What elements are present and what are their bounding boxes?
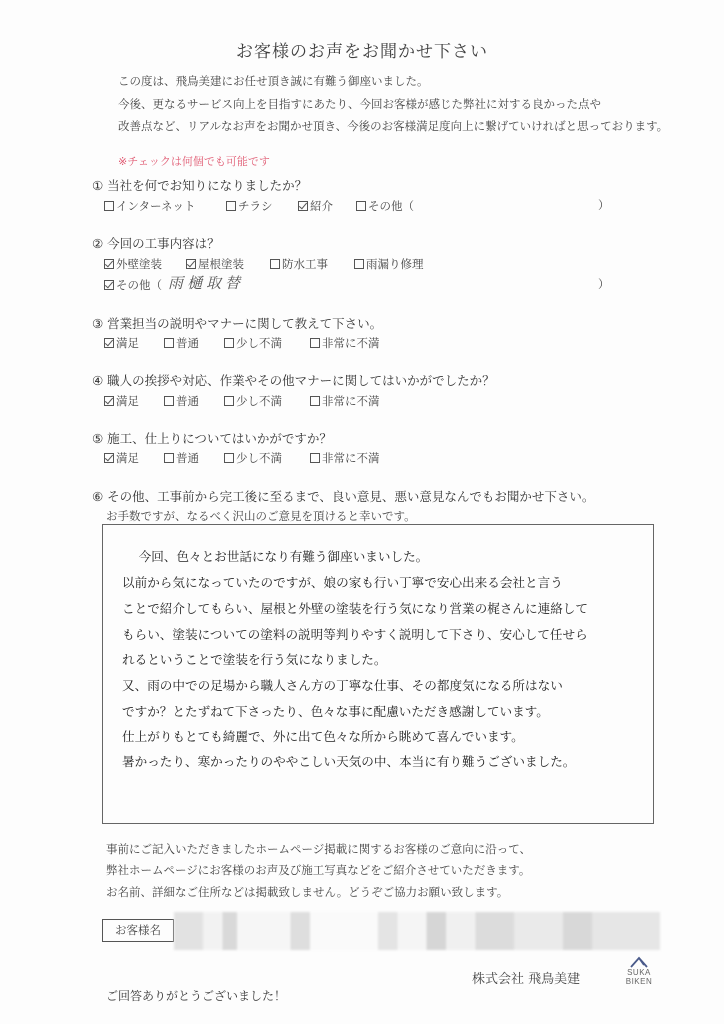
logo-line-2: BIKEN	[617, 977, 661, 986]
option-label: その他（	[368, 198, 414, 214]
check-note: ※チェックは何個でも可能です	[118, 153, 270, 169]
checkbox-icon[interactable]	[354, 259, 364, 269]
option-flyer[interactable]: チラシ	[226, 198, 298, 214]
option-exterior-wall[interactable]: 外壁塗装	[104, 256, 186, 272]
option-label: 紹介	[310, 198, 333, 214]
option-waterproof[interactable]: 防水工事	[270, 256, 354, 272]
comment-line: 仕上がりもとても綺麗で、外に出て色々な所から眺めて喜んでいます。	[122, 726, 524, 745]
checkbox-icon[interactable]	[270, 259, 280, 269]
checkbox-icon[interactable]	[310, 453, 320, 463]
roof-a-icon	[629, 956, 649, 968]
checkbox-icon[interactable]	[164, 396, 174, 406]
question-4-options: 満足 普通 少し不満 非常に不満	[104, 393, 380, 409]
option-label: 満足	[116, 450, 139, 466]
checkbox-icon[interactable]	[224, 396, 234, 406]
checkbox-checked-icon[interactable]	[104, 259, 114, 269]
option-label: 外壁塗装	[116, 256, 162, 272]
logo-line-1: SUKA	[617, 968, 661, 977]
company-name: 株式会社 飛鳥美建	[472, 968, 580, 987]
comment-line: ですか？とたずねて下さったり、色々な事に配慮いただき感謝しています。	[122, 701, 549, 720]
question-2-label: ② 今回の工事内容は？	[92, 234, 220, 252]
checkbox-checked-icon[interactable]	[104, 396, 114, 406]
option-satisfied[interactable]: 満足	[104, 450, 164, 466]
option-normal[interactable]: 普通	[164, 450, 224, 466]
option-label: チラシ	[238, 198, 273, 214]
option-label: 非常に不満	[322, 393, 380, 409]
option-label: 満足	[116, 393, 139, 409]
handwritten-answer: 雨樋取替	[168, 272, 244, 293]
question-1-options: インターネット チラシ 紹介 その他（	[104, 198, 414, 214]
checkbox-checked-icon[interactable]	[186, 259, 196, 269]
comment-line: 今回、色々とお世話になり有難う御座いまいした。	[126, 546, 428, 565]
option-label: 普通	[176, 393, 199, 409]
option-normal[interactable]: 普通	[164, 393, 224, 409]
option-label: 少し不満	[236, 393, 282, 409]
customer-name-redacted	[174, 912, 660, 950]
option-other[interactable]: その他（	[356, 198, 414, 214]
customer-name-label: お客様名	[102, 919, 174, 942]
option-roof[interactable]: 屋根塗装	[186, 256, 270, 272]
thanks-message: ご回答ありがとうございました！	[106, 987, 286, 1004]
option-label: 少し不満	[236, 450, 282, 466]
intro-line-3: 改善点など、リアルなお声をお聞かせ頂き、今後のお客様満足度向上に繋げていければと…	[118, 118, 668, 134]
question-3-label: ③ 営業担当の説明やマナーに関して教えて下さい。	[92, 314, 382, 332]
option-slightly-dissatisfied[interactable]: 少し不満	[224, 335, 310, 351]
page-title: お客様のお声をお聞かせ下さい	[0, 37, 724, 62]
checkbox-checked-icon[interactable]	[104, 453, 114, 463]
option-label: インターネット	[116, 198, 195, 214]
close-paren: ）	[598, 197, 610, 213]
intro-line-1: この度は、飛鳥美建にお任せ頂き誠に有難う御座いました。	[118, 73, 429, 89]
option-label: 少し不満	[236, 335, 282, 351]
question-6-sub: お手数ですが、なるべく沢山のご意見を頂けると幸いです。	[106, 508, 416, 524]
option-leak-repair[interactable]: 雨漏り修理	[354, 256, 424, 272]
option-satisfied[interactable]: 満足	[104, 393, 164, 409]
checkbox-icon[interactable]	[310, 396, 320, 406]
checkbox-checked-icon[interactable]	[298, 201, 308, 211]
checkbox-icon[interactable]	[226, 201, 236, 211]
checkbox-icon[interactable]	[164, 453, 174, 463]
question-5-label: ⑤ 施工、仕上りについてはいかがですか？	[92, 429, 332, 447]
question-2-other: その他（ 雨樋取替	[104, 276, 244, 293]
checkbox-checked-icon[interactable]	[104, 280, 114, 290]
question-5-options: 満足 普通 少し不満 非常に不満	[104, 450, 380, 466]
option-label: 防水工事	[282, 256, 328, 272]
option-slightly-dissatisfied[interactable]: 少し不満	[224, 450, 310, 466]
intro-line-2: 今後、更なるサービス向上を目指すにあたり、今回お客様が感じた弊社に対する良かった…	[118, 96, 601, 112]
comment-line: 暑かったり、寒かったりのややこしい天気の中、本当に有り難うございました。	[122, 751, 575, 770]
comment-box[interactable]	[102, 524, 654, 824]
footer-note-line-1: 事前にご記入いただきましたホームページ掲載に関するお客様のご意向に沿って、	[106, 841, 531, 857]
option-label: 非常に不満	[322, 450, 380, 466]
footer-note-line-3: お名前、詳細なご住所などは掲載致しません。どうぞご協力お願い致します。	[106, 884, 508, 900]
checkbox-icon[interactable]	[164, 338, 174, 348]
question-2-options: 外壁塗装 屋根塗装 防水工事 雨漏り修理	[104, 256, 424, 272]
option-very-dissatisfied[interactable]: 非常に不満	[310, 450, 380, 466]
comment-line: 又、雨の中での足場から職人さん方の丁寧な仕事、その都度気になる所はない	[122, 675, 563, 694]
option-label: 非常に不満	[322, 335, 380, 351]
option-label: 雨漏り修理	[366, 256, 424, 272]
checkbox-icon[interactable]	[104, 201, 114, 211]
option-slightly-dissatisfied[interactable]: 少し不満	[224, 393, 310, 409]
comment-line: 以前から気になっていたのですが、娘の家も行い丁寧で安心出来る会社と言う	[122, 572, 563, 591]
comment-line: ことで紹介してもらい、屋根と外壁の塗装を行う気になり営業の梶さんに連絡して	[122, 598, 588, 617]
checkbox-icon[interactable]	[356, 201, 366, 211]
option-very-dissatisfied[interactable]: 非常に不満	[310, 393, 380, 409]
question-4-label: ④ 職人の挨拶や対応、作業やその他マナーに関してはいかがでしたか？	[92, 371, 495, 389]
option-internet[interactable]: インターネット	[104, 198, 226, 214]
option-satisfied[interactable]: 満足	[104, 335, 164, 351]
option-referral[interactable]: 紹介	[298, 198, 356, 214]
checkbox-checked-icon[interactable]	[104, 338, 114, 348]
close-paren: ）	[598, 276, 610, 292]
option-label: 普通	[176, 450, 199, 466]
option-very-dissatisfied[interactable]: 非常に不満	[310, 335, 380, 351]
footer-note-line-2: 弊社ホームページにお客様のお声及び施工写真などをご紹介させていただきます。	[106, 862, 530, 878]
question-1-label: ① 当社を何でお知りになりましたか？	[92, 176, 307, 194]
option-label: その他（	[116, 277, 162, 293]
option-other[interactable]: その他（	[104, 276, 162, 293]
option-label: 普通	[176, 335, 199, 351]
option-normal[interactable]: 普通	[164, 335, 224, 351]
company-logo: SUKA BIKEN	[617, 956, 661, 986]
comment-line: れるということで塗装を行う気になりました。	[122, 649, 386, 668]
checkbox-icon[interactable]	[310, 338, 320, 348]
question-3-options: 満足 普通 少し不満 非常に不満	[104, 335, 380, 351]
option-label: 屋根塗装	[198, 256, 244, 272]
checkbox-icon[interactable]	[224, 453, 234, 463]
comment-line: もらい、塗装についての塗料の説明等判りやすく説明して下さり、安心して任せら	[122, 624, 588, 643]
option-label: 満足	[116, 335, 139, 351]
question-6-label: ⑥ その他、工事前から完工後に至るまで、良い意見、悪い意見なんでもお聞かせ下さい…	[92, 487, 594, 505]
checkbox-icon[interactable]	[224, 338, 234, 348]
